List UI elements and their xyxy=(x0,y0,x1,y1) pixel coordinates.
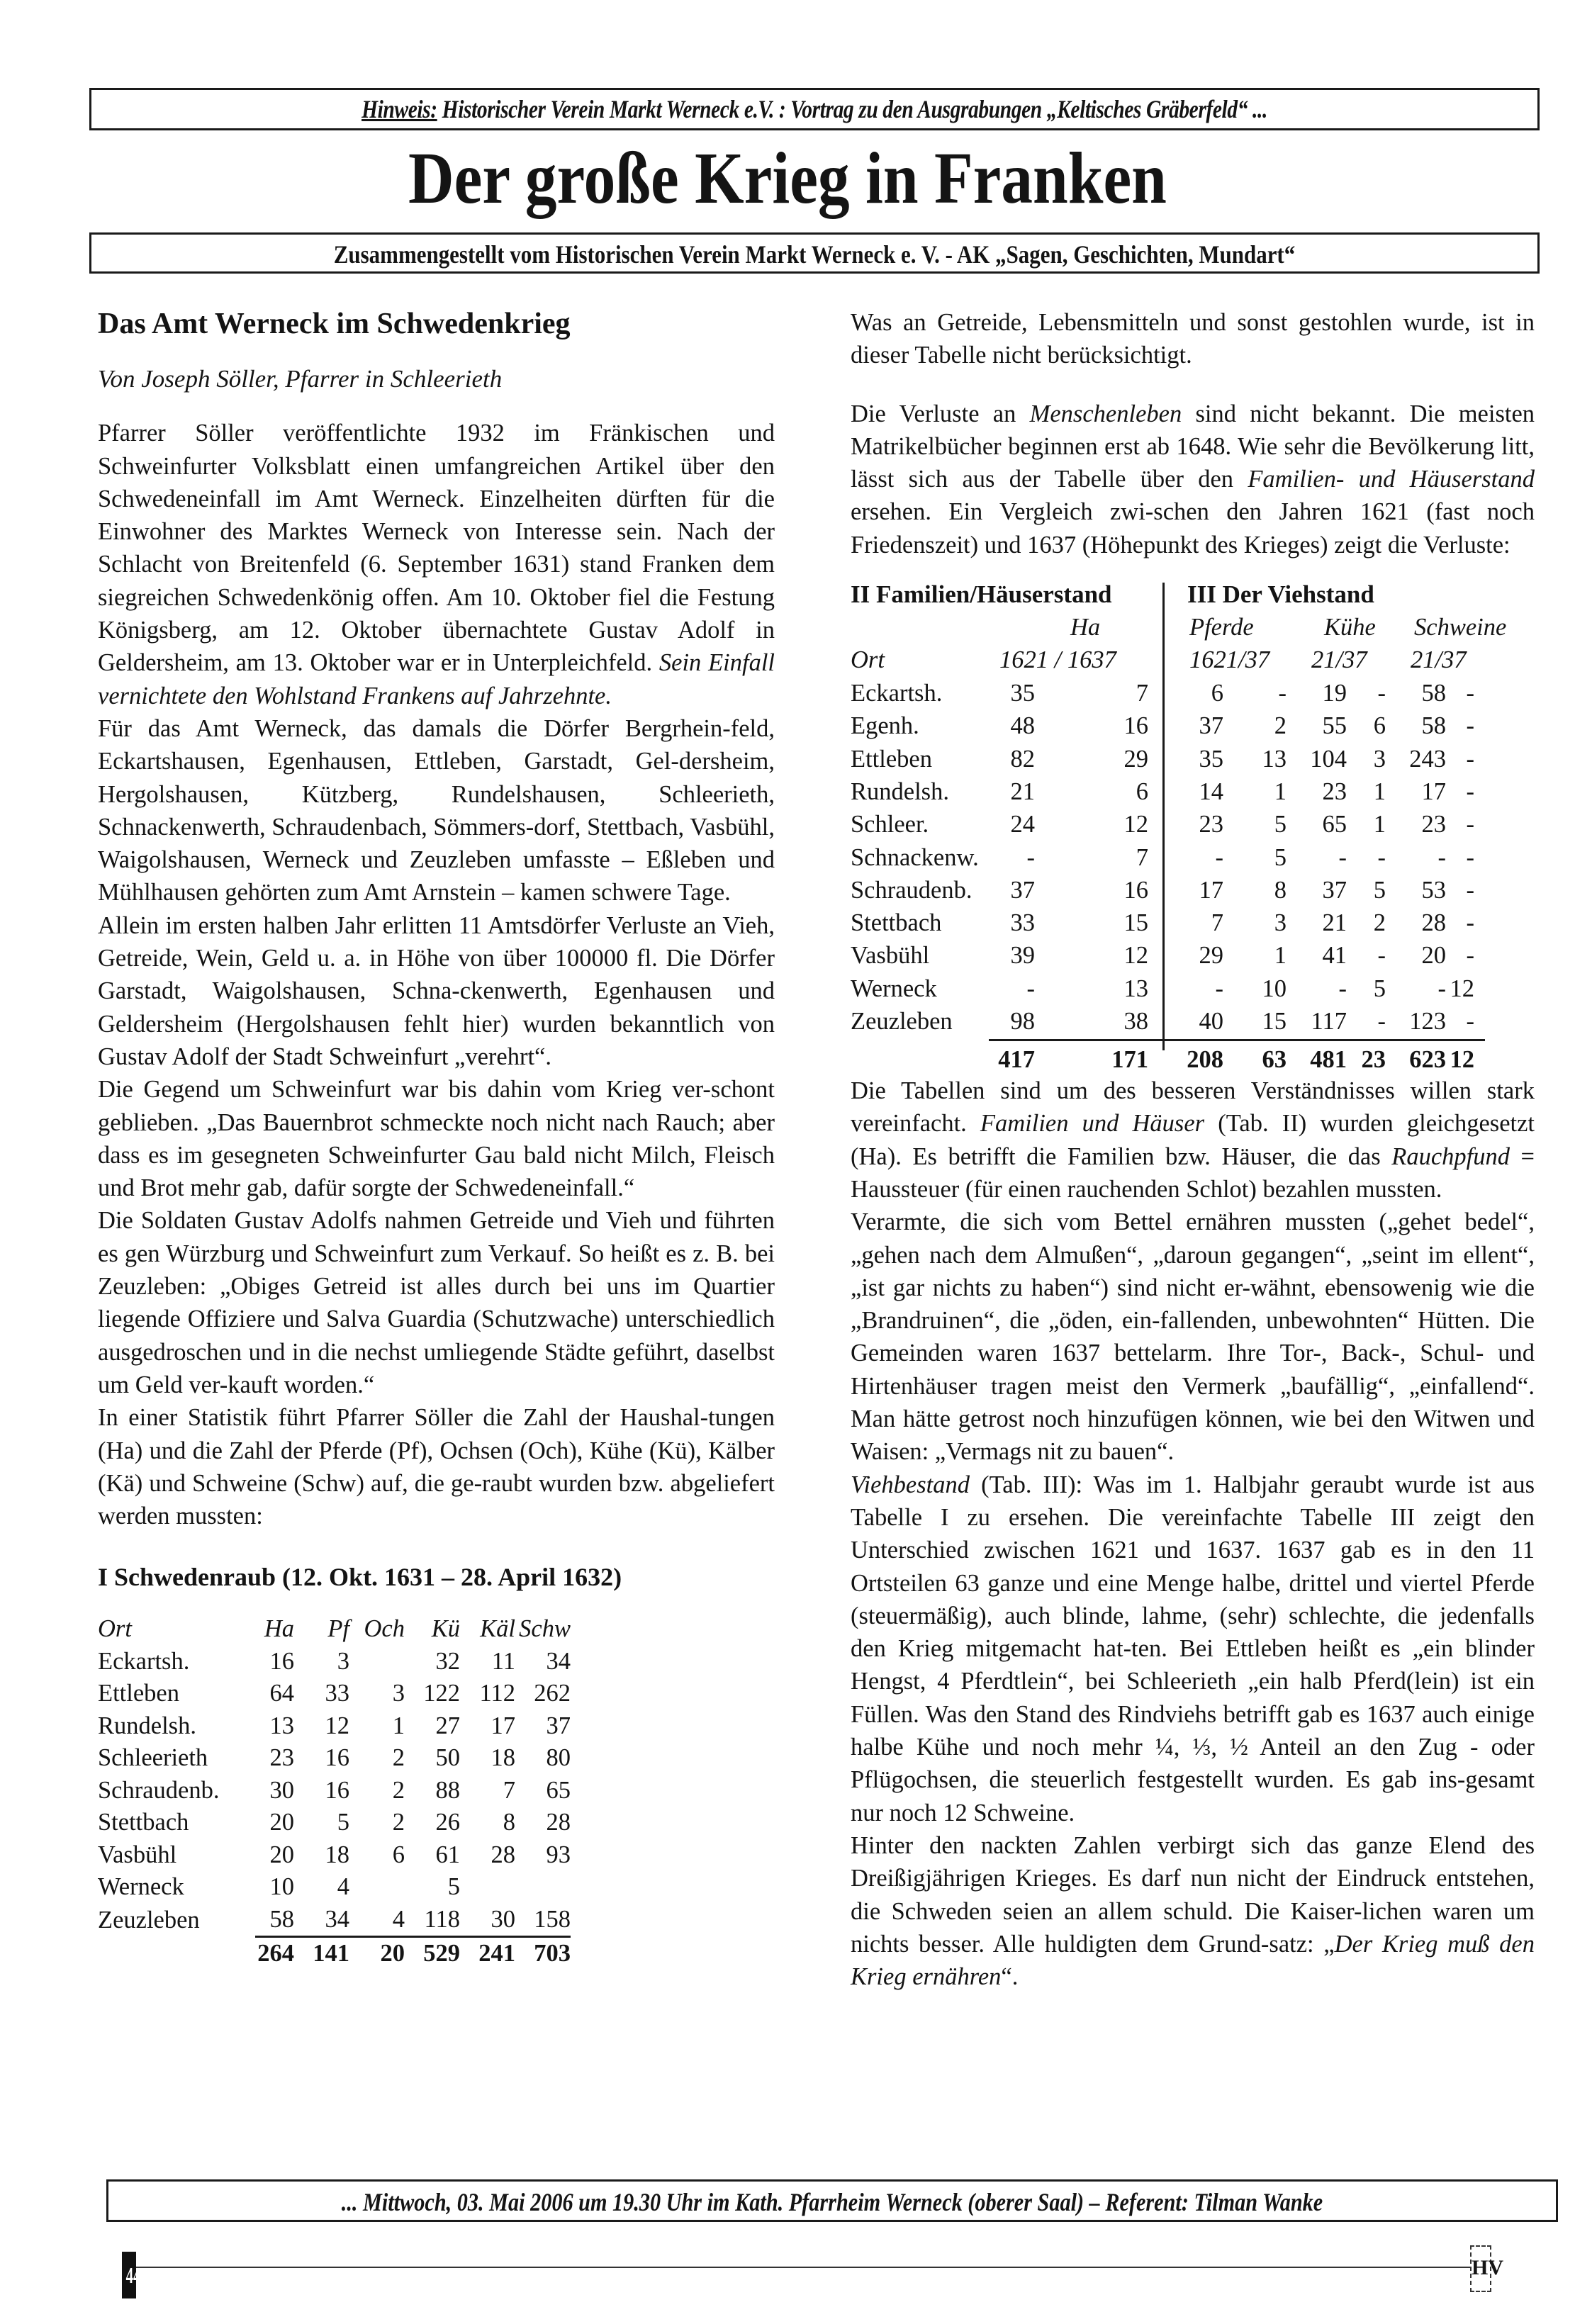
table-cell: 50 xyxy=(405,1742,460,1775)
table-cell: - xyxy=(950,841,1035,874)
table-cell: 7 xyxy=(1063,677,1148,709)
italic-span: Familien und Häuser xyxy=(980,1110,1204,1137)
table-cell: 6 xyxy=(349,1839,405,1872)
table-cell: - xyxy=(1389,1005,1474,1038)
table2-col-ort: Ort xyxy=(851,644,885,676)
table-cell: 82 xyxy=(950,743,1035,775)
paragraph-3: Allein im ersten halben Jahr erlitten 11… xyxy=(98,909,775,1073)
text-span: ersehen. Ein Vergleich zwi-schen den Jah… xyxy=(851,498,1535,558)
table-cell: - xyxy=(950,972,1035,1005)
paragraph-6: In einer Statistik führt Pfarrer Söller … xyxy=(98,1401,775,1532)
table1-title: I Schwedenraub (12. Okt. 1631 – 28. Apri… xyxy=(98,1561,775,1593)
text-span: Die Verluste an xyxy=(851,400,1016,427)
table-cell xyxy=(515,1871,571,1904)
table-cell: 16 xyxy=(294,1742,349,1775)
place-name: Zeuzleben xyxy=(98,1904,255,1937)
hv-logo-icon: HV xyxy=(1470,2245,1491,2292)
table-cell: 12 xyxy=(1063,939,1148,972)
table-cell: 16 xyxy=(255,1646,294,1678)
table-cell: 262 xyxy=(515,1678,571,1710)
place-name: Schleer. xyxy=(851,808,929,841)
table2-table3: II Familien/Häuserstand III Der Viehstan… xyxy=(851,578,1535,1074)
table-cell: 11 xyxy=(460,1646,515,1678)
table-cell: 122 xyxy=(405,1678,460,1710)
table-cell: 88 xyxy=(405,1775,460,1807)
table-row: Eckartsh.163321134 xyxy=(98,1646,571,1678)
table-cell: - xyxy=(1389,775,1474,808)
place-name: Schleerieth xyxy=(98,1742,255,1775)
paragraph-5: Die Soldaten Gustav Adolfs nahmen Getrei… xyxy=(98,1204,775,1401)
table-cell: 30 xyxy=(255,1775,294,1807)
table1-schwedenraub: Ort Ha Pf Och Kü Käl Schw Eckartsh.16332… xyxy=(98,1613,571,1970)
table2-subheader: Ha xyxy=(1070,611,1100,644)
table-row: Werneck1045 xyxy=(98,1871,571,1904)
table-cell: 16 xyxy=(1063,874,1148,906)
table1-header: Käl xyxy=(460,1613,515,1646)
total-cell: 171 xyxy=(1063,1043,1148,1076)
text-span: (Tab. III): Was im 1. Halbjahr geraubt w… xyxy=(851,1471,1535,1826)
place-name: Rundelsh. xyxy=(98,1710,255,1743)
table3-years-schweine: 21/37 xyxy=(1411,644,1467,676)
table-cell: 112 xyxy=(460,1678,515,1710)
article-title: Das Amt Werneck im Schwedenkrieg xyxy=(98,306,775,342)
table-cell: 7 xyxy=(460,1775,515,1807)
left-column: Das Amt Werneck im Schwedenkrieg Von Jos… xyxy=(98,306,775,1970)
table-cell: 98 xyxy=(950,1005,1035,1038)
table-row: Schraudenb.3016288765 xyxy=(98,1775,571,1807)
place-name: Egenh. xyxy=(851,709,919,742)
table-cell: 27 xyxy=(405,1710,460,1743)
place-name: Vasbühl xyxy=(98,1839,255,1872)
table-cell xyxy=(349,1646,405,1678)
table-cell: 158 xyxy=(515,1904,571,1937)
italic-span: Menschenleben xyxy=(1030,400,1182,427)
table-cell: 18 xyxy=(460,1742,515,1775)
event-text: ... Mittwoch, 03. Mai 2006 um 19.30 Uhr … xyxy=(224,2187,1440,2217)
table-cell: 18 xyxy=(294,1839,349,1872)
table-cell: 2 xyxy=(349,1775,405,1807)
place-name: Werneck xyxy=(851,972,937,1005)
table-cell: 3 xyxy=(294,1646,349,1678)
table-cell: 48 xyxy=(950,709,1035,742)
right-paragraph-4: Verarmte, die sich vom Bettel ernähren m… xyxy=(851,1206,1535,1468)
table1-header: Ha xyxy=(255,1613,294,1646)
table-cell: 8 xyxy=(460,1807,515,1839)
table-cell: - xyxy=(1389,709,1474,742)
place-name: Eckartsh. xyxy=(851,677,942,709)
event-banner: ... Mittwoch, 03. Mai 2006 um 19.30 Uhr … xyxy=(106,2179,1558,2222)
hint-text: Historischer Verein Markt Werneck e.V. :… xyxy=(442,95,1267,123)
table1-body: Eckartsh.163321134Ettleben64333122112262… xyxy=(98,1646,571,1970)
total-cell: 264 xyxy=(255,1937,294,1970)
article-byline: Von Joseph Söller, Pfarrer in Schleeriet… xyxy=(98,363,775,395)
table1-header: Kü xyxy=(405,1613,460,1646)
table-cell: 33 xyxy=(294,1678,349,1710)
table-cell: 34 xyxy=(294,1904,349,1937)
table-cell xyxy=(349,1871,405,1904)
table3-group-kuehe: Kühe xyxy=(1324,611,1376,644)
table-cell: 6 xyxy=(1063,775,1148,808)
table-cell: 12 xyxy=(1389,972,1474,1005)
table-cell: 26 xyxy=(405,1807,460,1839)
page-title: Der große Krieg in Franken xyxy=(111,136,1465,221)
table-row: Rundelsh.13121271737 xyxy=(98,1710,571,1743)
table-cell: - xyxy=(1389,874,1474,906)
table-cell xyxy=(460,1871,515,1904)
table-cell: 2 xyxy=(349,1807,405,1839)
table-cell: 32 xyxy=(405,1646,460,1678)
table-cell: 28 xyxy=(515,1807,571,1839)
table-cell: 3 xyxy=(349,1678,405,1710)
table-cell: 61 xyxy=(405,1839,460,1872)
table-cell: 24 xyxy=(950,808,1035,841)
table-cell: - xyxy=(1389,906,1474,939)
table-cell: - xyxy=(1389,743,1474,775)
right-paragraph-5: Viehbestand (Tab. III): Was im 1. Halbja… xyxy=(851,1469,1535,1829)
table-cell: 23 xyxy=(255,1742,294,1775)
table-cell: 17 xyxy=(460,1710,515,1743)
place-name: Ettleben xyxy=(98,1678,255,1710)
total-cell: 12 xyxy=(1389,1043,1474,1076)
table-cell: 64 xyxy=(255,1678,294,1710)
table-row: Schleerieth23162501880 xyxy=(98,1742,571,1775)
right-column: Was an Getreide, Lebensmitteln und sonst… xyxy=(851,306,1535,1993)
right-paragraph-1: Was an Getreide, Lebensmitteln und sonst… xyxy=(851,306,1535,372)
right-paragraph-3: Die Tabellen sind um des besseren Verstä… xyxy=(851,1074,1535,1206)
table-cell: 10 xyxy=(255,1871,294,1904)
table1-header-row: Ort Ha Pf Och Kü Käl Schw xyxy=(98,1613,571,1646)
table-cell: 37 xyxy=(515,1710,571,1743)
right-paragraph-6: Hinter den nackten Zahlen verbirgt sich … xyxy=(851,1829,1535,1993)
table-cell: 29 xyxy=(1063,743,1148,775)
table1-header: Schw xyxy=(515,1613,571,1646)
subtitle-banner: Zusammengestellt vom Historischen Verein… xyxy=(89,232,1540,274)
table-cell: 15 xyxy=(1063,906,1148,939)
hint-banner: Hinweis: Historischer Verein Markt Werne… xyxy=(89,88,1540,130)
table-cell: - xyxy=(1389,939,1474,972)
place-name: Schraudenb. xyxy=(98,1775,255,1807)
total-cell: 529 xyxy=(405,1937,460,1970)
place-name: Zeuzleben xyxy=(851,1005,953,1038)
italic-span: Rauchpfund xyxy=(1391,1143,1510,1170)
table-cell: - xyxy=(1389,677,1474,709)
table-cell: 33 xyxy=(950,906,1035,939)
page-number: 44 xyxy=(122,2252,136,2298)
paragraph-1: Pfarrer Söller veröffentlichte 1932 im F… xyxy=(98,417,775,712)
total-cell: 417 xyxy=(950,1043,1035,1076)
place-name: Stettbach xyxy=(851,906,941,939)
table-cell: 16 xyxy=(1063,709,1148,742)
table-cell: 16 xyxy=(294,1775,349,1807)
table-row: Ettleben64333122112262 xyxy=(98,1678,571,1710)
table-cell: 2 xyxy=(349,1742,405,1775)
table-cell: 93 xyxy=(515,1839,571,1872)
table-cell: 35 xyxy=(950,677,1035,709)
total-cell: 241 xyxy=(460,1937,515,1970)
table-row: Zeuzleben5834411830158 xyxy=(98,1904,571,1937)
place-name: Ettleben xyxy=(851,743,932,775)
table3-group-pferde: Pferde xyxy=(1189,611,1254,644)
page-number-text: 44 xyxy=(126,2252,141,2298)
hint-label: Hinweis: xyxy=(361,95,437,123)
paragraph-1-text: Pfarrer Söller veröffentlichte 1932 im F… xyxy=(98,420,775,676)
place-name: Werneck xyxy=(98,1871,255,1904)
place-name: Rundelsh. xyxy=(851,775,949,808)
table1-header: Pf xyxy=(294,1613,349,1646)
table-cell: 39 xyxy=(950,939,1035,972)
table-row: Vasbühl20186612893 xyxy=(98,1839,571,1872)
table-cell: 7 xyxy=(1063,841,1148,874)
table-cell: 30 xyxy=(460,1904,515,1937)
table-row: Stettbach205226828 xyxy=(98,1807,571,1839)
table-cell: 1 xyxy=(349,1710,405,1743)
total-cell xyxy=(98,1937,255,1970)
table-cell: 37 xyxy=(950,874,1035,906)
table2-col-years: 1621 / 1637 xyxy=(999,644,1116,676)
paragraph-2: Für das Amt Werneck, das damals die Dörf… xyxy=(98,712,775,909)
table-cell: 20 xyxy=(255,1839,294,1872)
total-cell: 141 xyxy=(294,1937,349,1970)
table-cell: 65 xyxy=(515,1775,571,1807)
footer-rule xyxy=(136,2267,1470,2268)
table-cell: 12 xyxy=(1063,808,1148,841)
table2-title: II Familien/Häuserstand xyxy=(851,578,1112,611)
table-cell: 5 xyxy=(405,1871,460,1904)
place-name: Stettbach xyxy=(98,1807,255,1839)
place-name: Vasbühl xyxy=(851,939,929,972)
table-cell: - xyxy=(1389,841,1474,874)
table3-title: III Der Viehstand xyxy=(1187,578,1374,611)
table-cell: - xyxy=(1389,808,1474,841)
table-cell: 13 xyxy=(1063,972,1148,1005)
table-cell: 34 xyxy=(515,1646,571,1678)
table-cell: 38 xyxy=(1063,1005,1148,1038)
table1-header: Ort xyxy=(98,1613,255,1646)
table-cell: 20 xyxy=(255,1807,294,1839)
text-span: “. xyxy=(1001,1963,1018,1990)
table-sum-line xyxy=(989,1039,1485,1041)
italic-span: Viehbestand xyxy=(851,1471,970,1498)
italic-span: Familien- und Häuserstand xyxy=(1248,466,1535,493)
table-cell: 28 xyxy=(460,1839,515,1872)
table3-group-schweine: Schweine xyxy=(1414,611,1506,644)
table3-years-kuehe: 21/37 xyxy=(1311,644,1367,676)
table1-header: Och xyxy=(349,1613,405,1646)
place-name: Eckartsh. xyxy=(98,1646,255,1678)
table-cell: 4 xyxy=(349,1904,405,1937)
table-cell: 118 xyxy=(405,1904,460,1937)
table-cell: 12 xyxy=(294,1710,349,1743)
subtitle-text: Zusammengestellt vom Historischen Verein… xyxy=(193,240,1436,269)
paragraph-4: Die Gegend um Schweinfurt war bis dahin … xyxy=(98,1073,775,1204)
table-cell: 13 xyxy=(255,1710,294,1743)
totals-row: 26414120529241703 xyxy=(98,1937,571,1970)
table-cell: 21 xyxy=(950,775,1035,808)
table-cell: 58 xyxy=(255,1904,294,1937)
total-cell: 20 xyxy=(349,1937,405,1970)
right-paragraph-2: Die Verluste an Menschenleben sind nicht… xyxy=(851,398,1535,561)
total-cell: 703 xyxy=(515,1937,571,1970)
table-cell: 5 xyxy=(294,1807,349,1839)
hint-text-line: Hinweis: Historischer Verein Markt Werne… xyxy=(222,94,1408,124)
table-cell: 4 xyxy=(294,1871,349,1904)
table3-years-pferde: 1621/37 xyxy=(1189,644,1269,676)
table-cell: 80 xyxy=(515,1742,571,1775)
